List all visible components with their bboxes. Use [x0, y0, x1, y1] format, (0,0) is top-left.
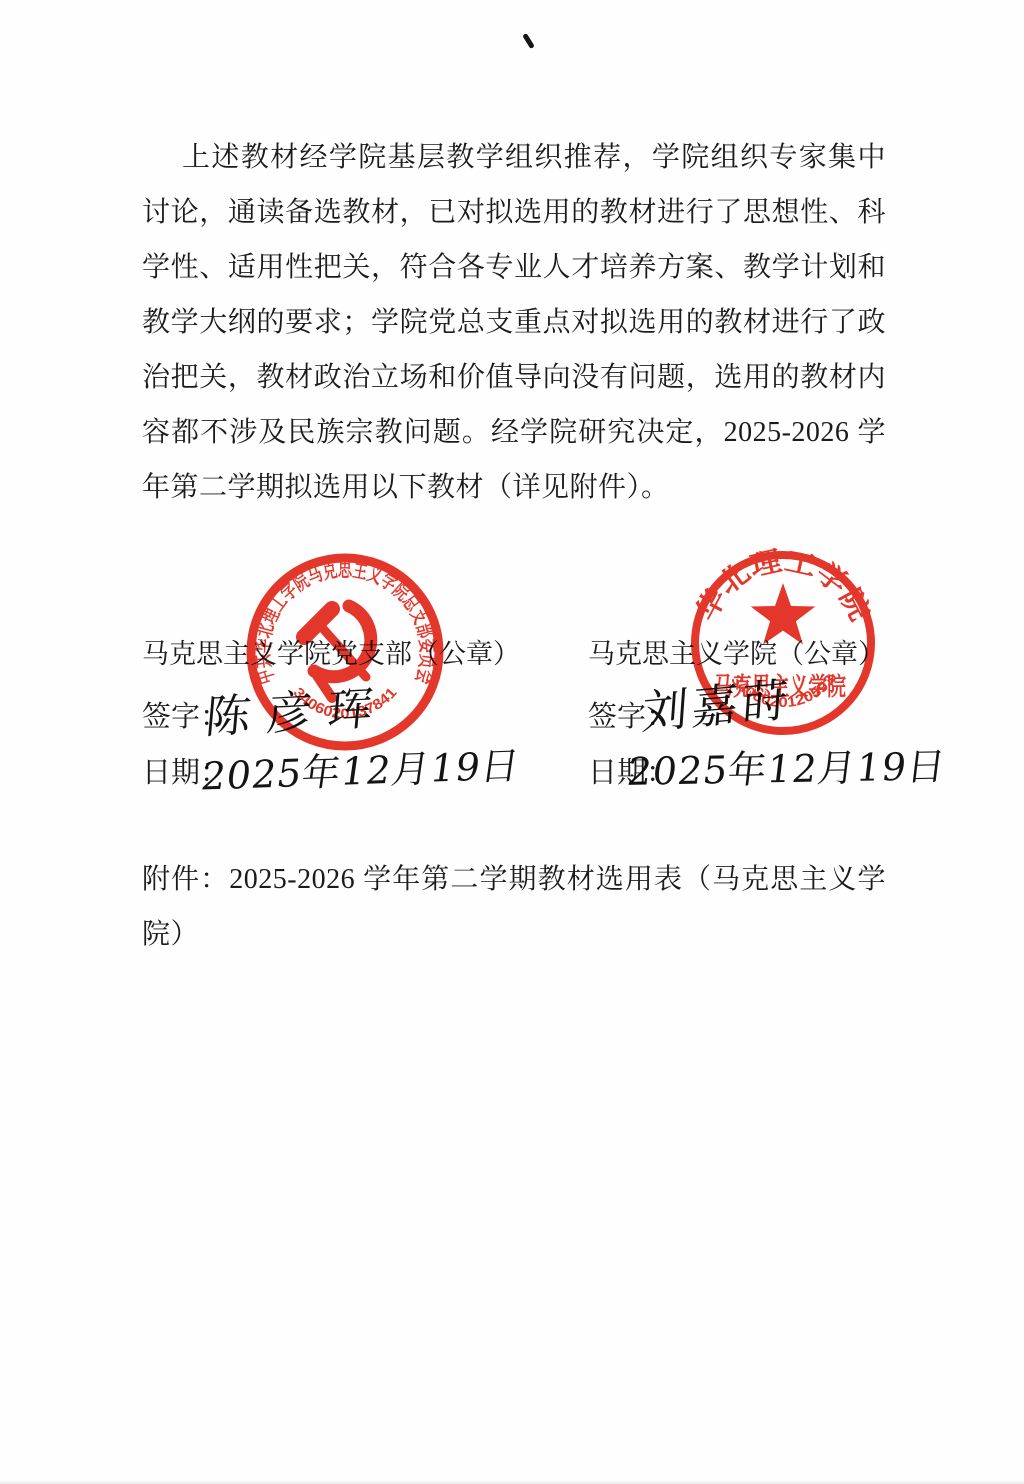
main-paragraph: 上述教材经学院基层教学组织推荐，学院组织专家集中 讨论，通读备选教材，已对拟选用…: [142, 130, 886, 515]
star-icon: [751, 583, 816, 645]
attachment-line: 附件：2025-2026 学年第二学期教材选用表（马克思主义学: [142, 852, 886, 907]
paragraph-line: 学性、适用性把关，符合各专业人才培养方案、教学计划和: [142, 240, 886, 295]
svg-text:中共华北理工学院马克思主义学院总支部委员会: 中共华北理工学院马克思主义学院总支部委员会: [249, 557, 441, 688]
paragraph-line: 讨论，通读备选教材，已对拟选用的教材进行了思想性、科: [142, 185, 886, 240]
right-handwritten-date: 2025年12月19日: [625, 735, 950, 796]
paragraph-line: 治把关，教材政治立场和价值导向没有问题，选用的教材内: [142, 350, 886, 405]
scanned-document-page: 上述教材经学院基层教学组织推荐，学院组织专家集中 讨论，通读备选教材，已对拟选用…: [0, 0, 1024, 1484]
page-bottom-edge: [0, 1480, 1024, 1484]
paragraph-line: 上述教材经学院基层教学组织推荐，学院组织专家集中: [142, 130, 886, 185]
paragraph-line: 容都不涉及民族宗教问题。经学院研究决定，2025-2026 学: [142, 405, 886, 460]
attachment-line: 院）: [142, 907, 886, 962]
right-handwritten-signature: 刘嘉莳: [640, 663, 794, 743]
paragraph-line: 年第二学期拟选用以下教材（详见附件）。: [142, 460, 886, 515]
left-handwritten-date: 2025年12月19日: [198, 734, 524, 800]
stray-ink-mark: [522, 33, 535, 49]
left-seal-ring-text: 中共华北理工学院马克思主义学院总支部委员会: [249, 557, 441, 688]
left-handwritten-signature: 陈彦珲: [203, 671, 391, 746]
paragraph-line: 教学大纲的要求；学院党总支重点对拟选用的教材进行了政: [142, 295, 886, 350]
attachment-note: 附件：2025-2026 学年第二学期教材选用表（马克思主义学 院）: [142, 852, 886, 962]
